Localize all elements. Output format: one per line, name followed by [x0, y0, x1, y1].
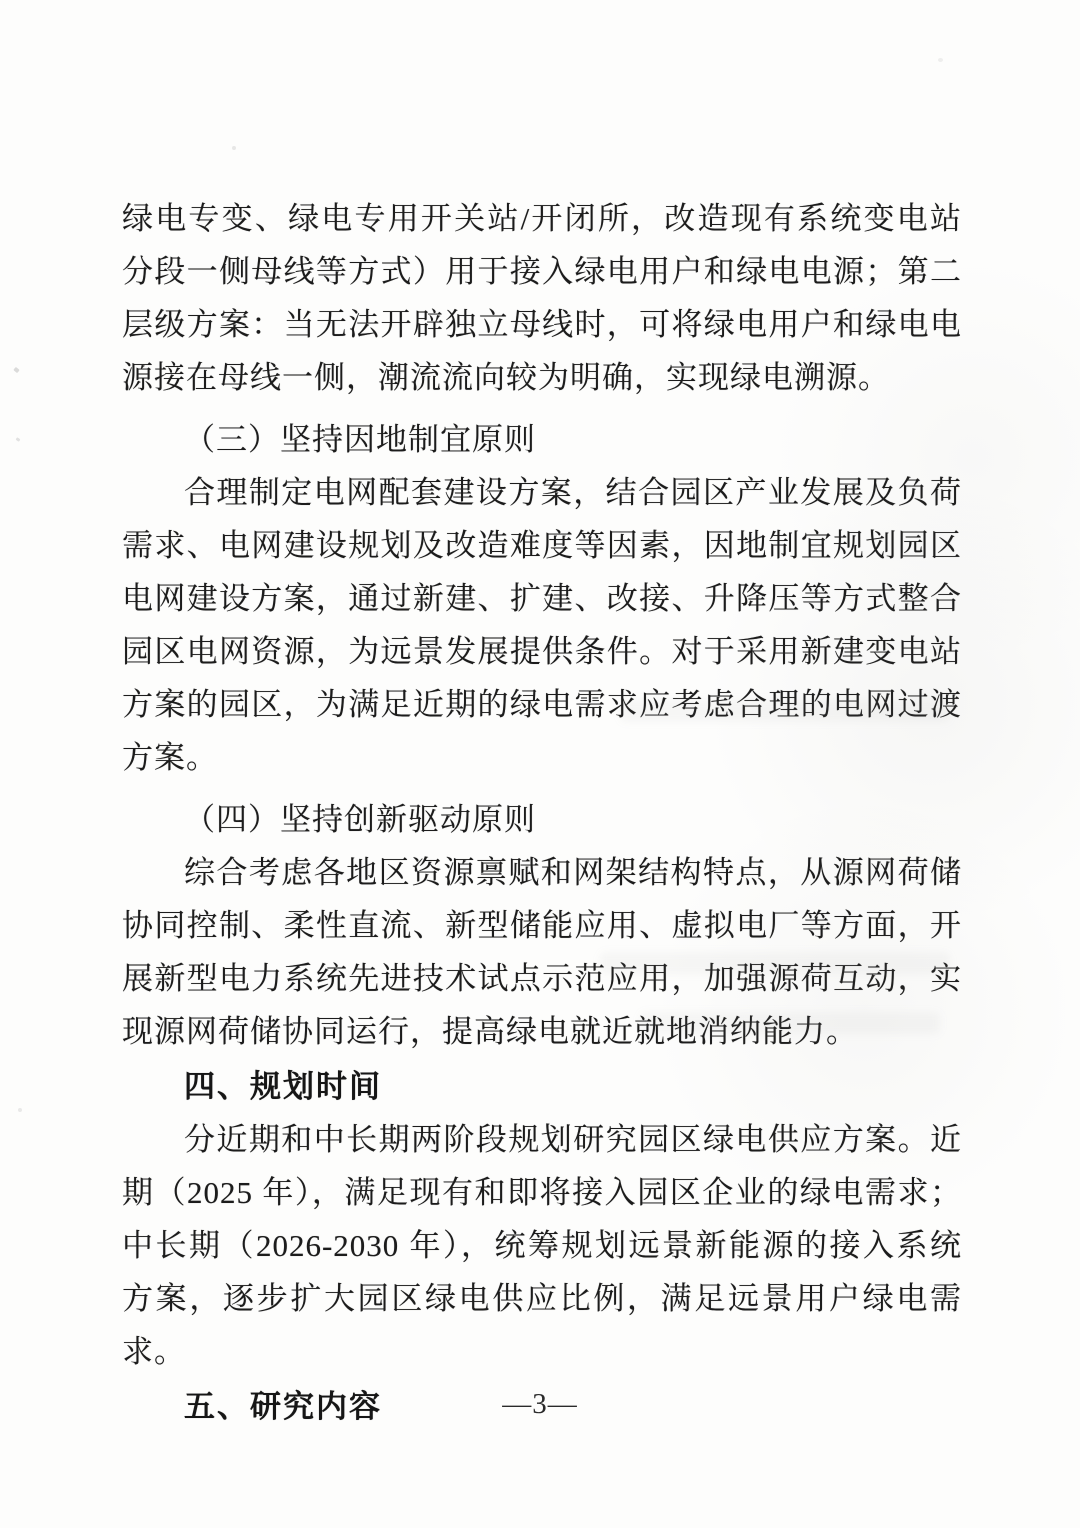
page-number: —3— — [0, 1388, 1080, 1421]
scan-speck — [18, 1108, 22, 1112]
scan-speck — [13, 367, 19, 373]
scan-speck — [938, 58, 943, 62]
paragraph-continuation: 绿电专变、绿电专用开关站/开闭所，改造现有系统变电站分段一侧母线等方式）用于接入… — [122, 192, 962, 404]
paragraph: 综合考虑各地区资源禀赋和网架结构特点，从源网荷储协同控制、柔性直流、新型储能应用… — [122, 846, 962, 1058]
subsection-heading-4: （四）坚持创新驱动原则 — [122, 793, 962, 846]
subsection-heading-3: （三）坚持因地制宜原则 — [122, 413, 962, 466]
scan-speck — [16, 437, 21, 442]
paragraph: 分近期和中长期两阶段规划研究园区绿电供应方案。近期（2025 年），满足现有和即… — [122, 1113, 962, 1378]
document-body: 绿电专变、绿电专用开关站/开闭所，改造现有系统变电站分段一侧母线等方式）用于接入… — [122, 192, 962, 1433]
paragraph: 合理制定电网配套建设方案，结合园区产业发展及负荷需求、电网建设规划及改造难度等因… — [122, 466, 962, 784]
document-page: 绿电专变、绿电专用开关站/开闭所，改造现有系统变电站分段一侧母线等方式）用于接入… — [0, 0, 1080, 1528]
section-heading-planning-time: 四、规划时间 — [122, 1060, 962, 1113]
scan-speck — [232, 146, 236, 150]
